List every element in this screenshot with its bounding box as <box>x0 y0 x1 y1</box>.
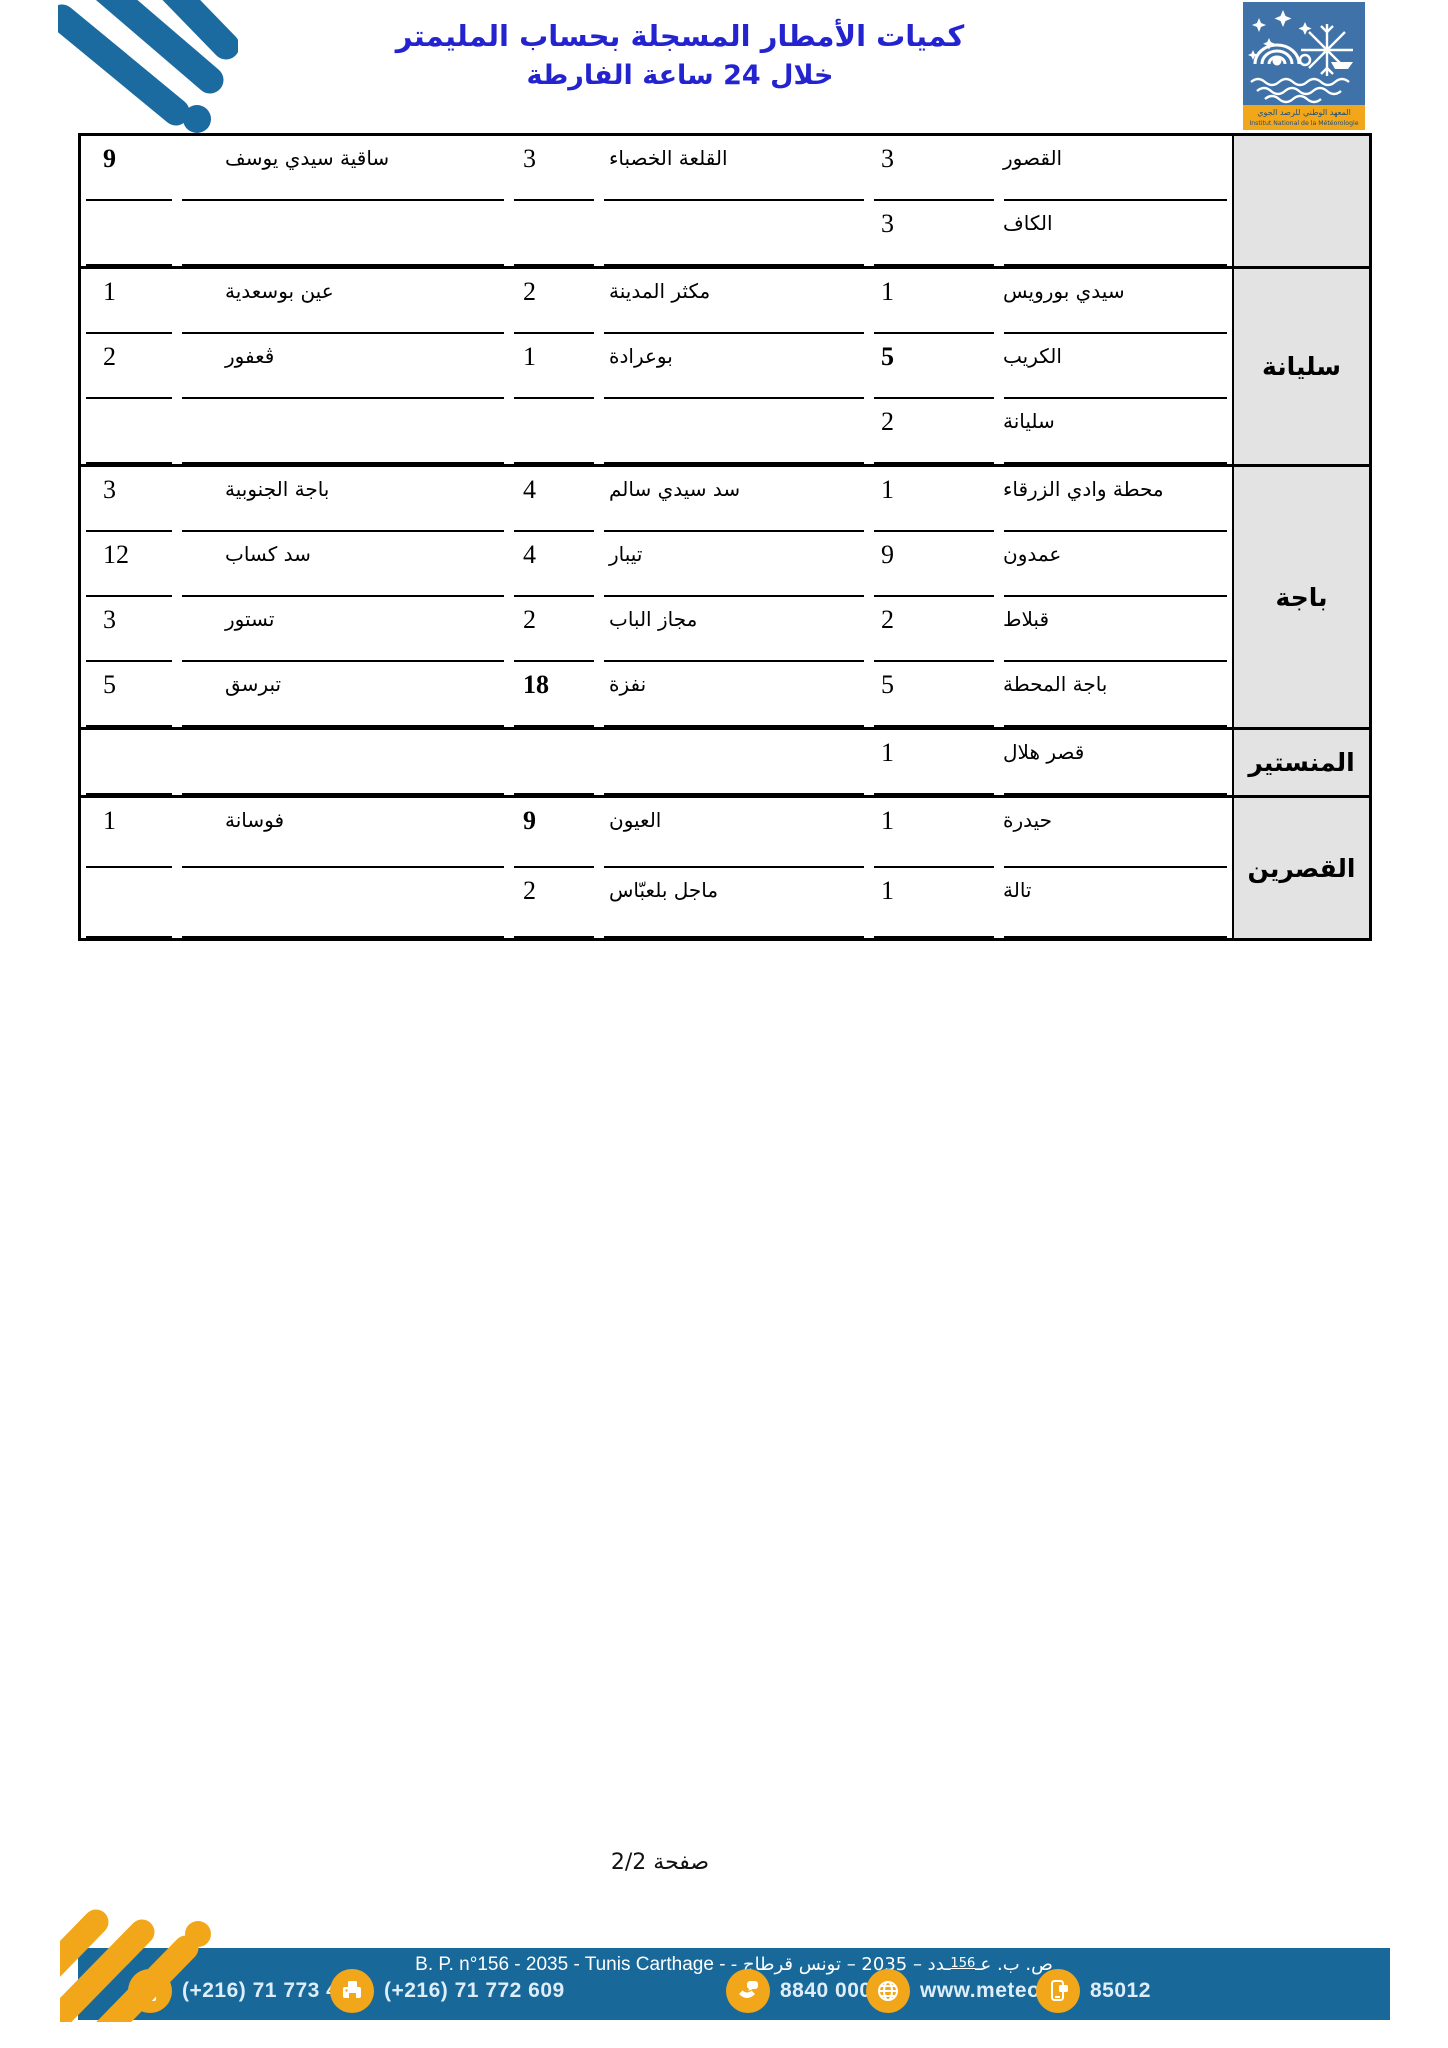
logo-dot <box>183 105 211 133</box>
sms-number: 85012 <box>1090 1979 1151 2003</box>
station-name: العيون <box>599 798 869 868</box>
title-line-2: خلال 24 ساعة الفارطة <box>300 57 1060 95</box>
station-name <box>599 730 869 795</box>
region-group: 1فوسانة9العيون1حيدرة2ماجل بلعبّاس1تالةال… <box>81 798 1369 938</box>
station-name <box>177 730 509 795</box>
region-label <box>1232 136 1369 266</box>
rain-value: 3 <box>81 597 177 662</box>
rain-value: 5 <box>869 334 999 399</box>
station-name: مكثر المدينة <box>599 269 869 334</box>
table-row: 1عين بوسعدية2مكثر المدينة1سيدي بورويس <box>81 269 1232 334</box>
phone-icon <box>128 1969 172 2013</box>
station-name: تالة <box>999 868 1232 938</box>
rain-value: 1 <box>869 730 999 795</box>
table-row: 2سليانة <box>81 399 1232 464</box>
rain-value: 1 <box>869 798 999 868</box>
region-group: 1قصر هلالالمنستير <box>81 730 1369 798</box>
fax-icon <box>330 1969 374 2013</box>
rain-value: 1 <box>81 269 177 334</box>
rain-value <box>81 868 177 938</box>
table-row: 1قصر هلال <box>81 730 1232 795</box>
rain-value: 3 <box>81 467 177 532</box>
rain-value: 1 <box>81 798 177 868</box>
station-name: سد كساب <box>177 532 509 597</box>
rain-value: 2 <box>869 597 999 662</box>
table-row: 3تستور2مجاز الباب2قبلاط <box>81 597 1232 662</box>
inm-emblem-logo: المعهد الوطني للرصد الجوي Institut Natio… <box>1243 2 1365 130</box>
station-name: باجة الجنوبية <box>177 467 509 532</box>
contact-sms: 85012 <box>1036 1969 1151 2013</box>
rain-value <box>81 201 177 266</box>
station-name: الكريب <box>999 334 1232 399</box>
rain-value: 5 <box>81 662 177 727</box>
station-name: قصر هلال <box>999 730 1232 795</box>
rainfall-table: 9ساقية سيدي يوسف3القلعة الخصباء3القصور3ا… <box>78 133 1372 941</box>
contact-call-center: 8840 0000 <box>726 1969 884 2013</box>
globe-icon <box>866 1969 910 2013</box>
station-name: سيدي بورويس <box>999 269 1232 334</box>
table-row: 1فوسانة9العيون1حيدرة <box>81 798 1232 868</box>
footer-logo-dot <box>185 1921 211 1947</box>
rain-value <box>81 399 177 464</box>
station-name: ماجل بلعبّاس <box>599 868 869 938</box>
rain-value: 9 <box>509 798 599 868</box>
rain-value <box>81 730 177 795</box>
station-name: مجاز الباب <box>599 597 869 662</box>
rain-value: 9 <box>81 136 177 201</box>
rain-value: 1 <box>509 334 599 399</box>
contact-phone: (+216) 71 773 400 <box>128 1969 363 2013</box>
station-name: سد سيدي سالم <box>599 467 869 532</box>
rain-value: 3 <box>869 136 999 201</box>
region-group: 1عين بوسعدية2مكثر المدينة1سيدي بورويس2ڤع… <box>81 269 1369 467</box>
rain-value: 18 <box>509 662 599 727</box>
table-row: 5تبرسق18نفزة5باجة المحطة <box>81 662 1232 727</box>
rain-value <box>509 201 599 266</box>
rain-value: 5 <box>869 662 999 727</box>
emblem-name-arabic: المعهد الوطني للرصد الجوي <box>1257 108 1351 117</box>
rain-value <box>509 399 599 464</box>
station-name: تبرسق <box>177 662 509 727</box>
rain-value: 2 <box>81 334 177 399</box>
station-name: ڤعفور <box>177 334 509 399</box>
bulletin-page: كميات الأمطار المسجلة بحساب المليمتر خلا… <box>0 0 1448 2048</box>
inm-stripes-logo <box>58 0 238 135</box>
region-label: القصرين <box>1232 798 1369 938</box>
page-title: كميات الأمطار المسجلة بحساب المليمتر خلا… <box>300 16 1060 94</box>
rain-value <box>509 730 599 795</box>
rain-value: 3 <box>509 136 599 201</box>
region-label: باجة <box>1232 467 1369 727</box>
station-name: قبلاط <box>999 597 1232 662</box>
rain-value: 4 <box>509 532 599 597</box>
rain-value: 2 <box>509 269 599 334</box>
table-row: 2ماجل بلعبّاس1تالة <box>81 868 1232 938</box>
station-name: سليانة <box>999 399 1232 464</box>
rain-value: 2 <box>509 597 599 662</box>
fax-number: (+216) 71 772 609 <box>384 1979 565 2003</box>
page-number: صفحة 2/2 <box>460 1850 860 1875</box>
rain-value: 1 <box>869 868 999 938</box>
footer-bar: B. P. n°156 - 2035 - Tunis Carthage - ص.… <box>78 1948 1390 2020</box>
table-row: 12سد كساب4تيبار9عمدون <box>81 532 1232 597</box>
station-name: نفزة <box>599 662 869 727</box>
station-name: تستور <box>177 597 509 662</box>
station-name <box>177 201 509 266</box>
station-name <box>599 399 869 464</box>
station-name: الكاف <box>999 201 1232 266</box>
title-line-1: كميات الأمطار المسجلة بحساب المليمتر <box>300 16 1060 57</box>
station-name: باجة المحطة <box>999 662 1232 727</box>
region-group: 9ساقية سيدي يوسف3القلعة الخصباء3القصور3ا… <box>81 136 1369 269</box>
call-center-icon <box>726 1969 770 2013</box>
station-name: حيدرة <box>999 798 1232 868</box>
table-row: 3الكاف <box>81 201 1232 266</box>
region-group: 3باجة الجنوبية4سد سيدي سالم1محطة وادي ال… <box>81 467 1369 730</box>
station-name <box>177 399 509 464</box>
rain-value: 1 <box>869 467 999 532</box>
contact-fax: (+216) 71 772 609 <box>330 1969 565 2013</box>
station-name: تيبار <box>599 532 869 597</box>
emblem-name-french: Institut National de la Météorologie <box>1249 119 1358 127</box>
region-label: المنستير <box>1232 730 1369 795</box>
table-row: 2ڤعفور1بوعرادة5الكريب <box>81 334 1232 399</box>
rain-value: 9 <box>869 532 999 597</box>
station-name: عين بوسعدية <box>177 269 509 334</box>
rain-value: 12 <box>81 532 177 597</box>
rain-value: 3 <box>869 201 999 266</box>
station-name: القلعة الخصباء <box>599 136 869 201</box>
region-label: سليانة <box>1232 269 1369 464</box>
station-name: فوسانة <box>177 798 509 868</box>
station-name: محطة وادي الزرقاء <box>999 467 1232 532</box>
rain-value: 2 <box>869 399 999 464</box>
station-name: عمدون <box>999 532 1232 597</box>
rain-value: 4 <box>509 467 599 532</box>
station-name: ساقية سيدي يوسف <box>177 136 509 201</box>
station-name: القصور <box>999 136 1232 201</box>
mobile-icon <box>1036 1969 1080 2013</box>
rain-value: 2 <box>509 868 599 938</box>
station-name: بوعرادة <box>599 334 869 399</box>
table-row: 9ساقية سيدي يوسف3القلعة الخصباء3القصور <box>81 136 1232 201</box>
station-name <box>177 868 509 938</box>
table-row: 3باجة الجنوبية4سد سيدي سالم1محطة وادي ال… <box>81 467 1232 532</box>
rain-value: 1 <box>869 269 999 334</box>
station-name <box>599 201 869 266</box>
